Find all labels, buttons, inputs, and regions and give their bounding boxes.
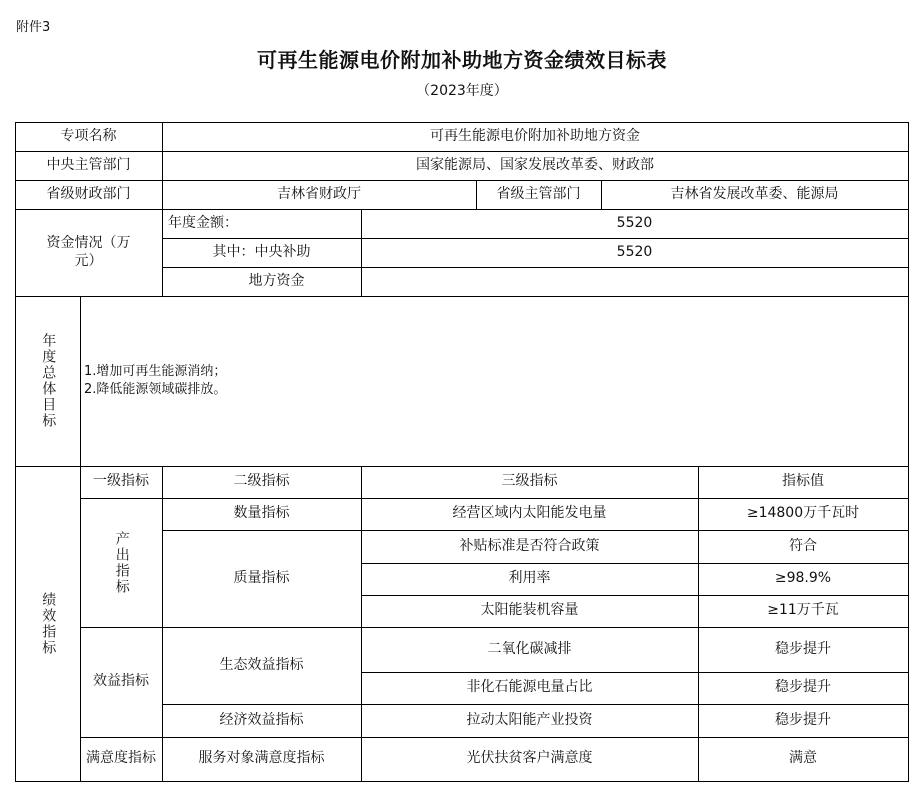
- header-level1: 一级指标: [80, 466, 162, 498]
- goal-item: 1.增加可再生能源消纳；: [84, 363, 226, 381]
- table-row-value: ≥11万千瓦: [698, 595, 908, 627]
- table-row-value: 稳步提升: [698, 704, 908, 737]
- local-funds-value: [361, 267, 908, 296]
- goal-item: 2.降低能源领域碳排放。: [84, 381, 226, 399]
- table-row-value: 稳步提升: [698, 672, 908, 704]
- annual-goals-label: 年度总体目标: [15, 296, 80, 466]
- benefit-indicator-label: 效益指标: [80, 627, 162, 737]
- table-row-level3: 补贴标准是否符合政策: [361, 530, 698, 563]
- prov-finance-value: 吉林省财政厅: [162, 180, 476, 209]
- table-row-value: 符合: [698, 530, 908, 563]
- table-row-level3: 拉动太阳能产业投资: [361, 704, 698, 737]
- annual-amount-label: 年度金额：: [162, 209, 361, 238]
- satisfaction-indicator-label: 满意度指标: [80, 737, 162, 781]
- central-dept-label: 中央主管部门: [15, 151, 162, 180]
- table-row-level3: 二氧化碳减排: [361, 627, 698, 672]
- table-row-value: ≥14800万千瓦时: [698, 498, 908, 530]
- table-row-level3: 太阳能装机容量: [361, 595, 698, 627]
- table-row-level3: 光伏扶贫客户满意度: [361, 737, 698, 781]
- project-name-value: 可再生能源电价附加补助地方资金: [162, 122, 908, 151]
- funds-label: 资金情况（万元）: [15, 209, 162, 296]
- page-subtitle: （2023年度）: [0, 80, 924, 100]
- table-row-level3: 经营区域内太阳能发电量: [361, 498, 698, 530]
- header-level3: 三级指标: [361, 466, 698, 498]
- quality-indicator-label: 质量指标: [162, 530, 361, 627]
- header-value: 指标值: [698, 466, 908, 498]
- table-row-value: 稳步提升: [698, 627, 908, 672]
- prov-finance-label: 省级财政部门: [15, 180, 162, 209]
- table-row-value: ≥98.9%: [698, 563, 908, 595]
- indicators-label: 绩效指标: [15, 466, 80, 781]
- annual-amount-value: 5520: [361, 209, 908, 238]
- table-row-level3: 利用率: [361, 563, 698, 595]
- quantity-indicator-label: 数量指标: [162, 498, 361, 530]
- header-level2: 二级指标: [162, 466, 361, 498]
- table-row-value: 满意: [698, 737, 908, 781]
- table-row-level3: 非化石能源电量占比: [361, 672, 698, 704]
- prov-dept-label: 省级主管部门: [476, 180, 601, 209]
- local-funds-label: 地方资金: [162, 267, 361, 296]
- annual-goals-content: 1.增加可再生能源消纳； 2.降低能源领域碳排放。: [80, 296, 908, 466]
- attachment-label: 附件3: [16, 16, 50, 35]
- service-satisfaction-label: 服务对象满意度指标: [162, 737, 361, 781]
- eco-benefit-label: 生态效益指标: [162, 627, 361, 704]
- output-indicator-label: 产出指标: [80, 498, 162, 627]
- central-subsidy-label: 其中：中央补助: [162, 238, 361, 267]
- project-name-label: 专项名称: [15, 122, 162, 151]
- central-subsidy-value: 5520: [361, 238, 908, 267]
- prov-dept-value: 吉林省发展改革委、能源局: [601, 180, 908, 209]
- page-title: 可再生能源电价附加补助地方资金绩效目标表: [0, 44, 924, 73]
- central-dept-value: 国家能源局、国家发展改革委、财政部: [162, 151, 908, 180]
- econ-benefit-label: 经济效益指标: [162, 704, 361, 737]
